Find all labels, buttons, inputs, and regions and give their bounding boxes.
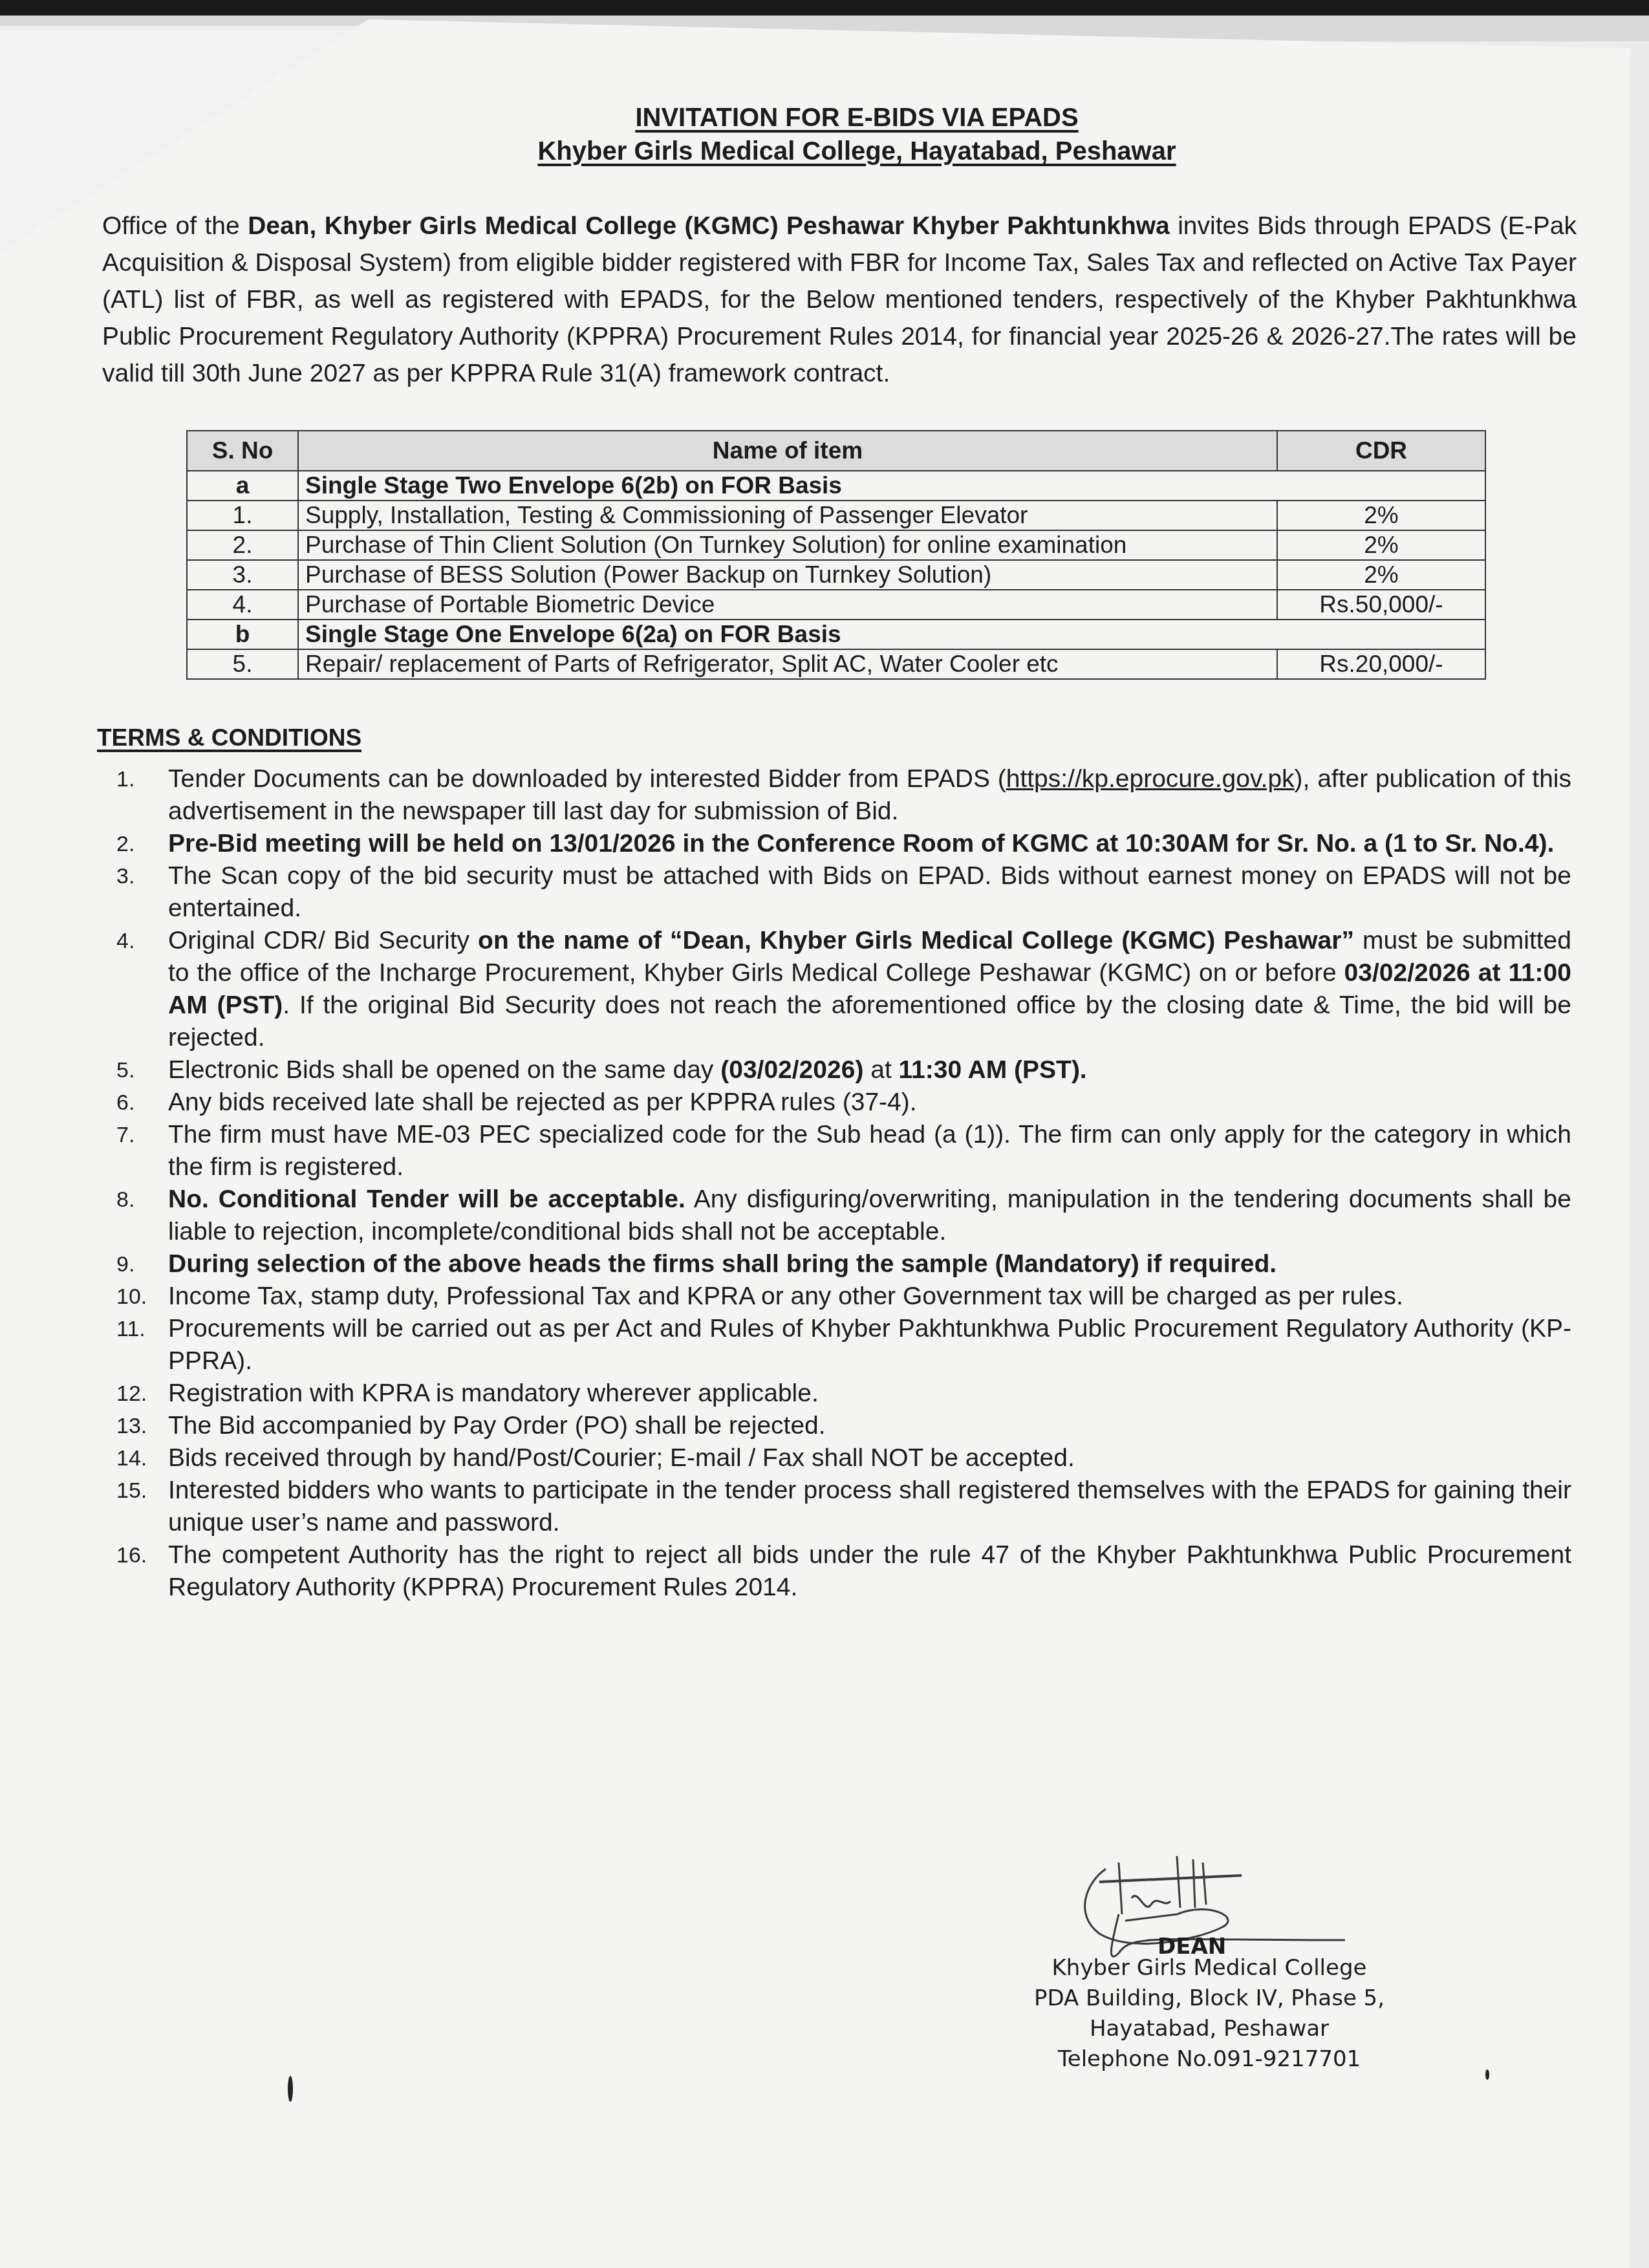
term-bold-text: (03/02/2026) xyxy=(720,1056,863,1084)
term-number: 9. xyxy=(116,1248,162,1280)
cell-name: Purchase of Portable Biometric Device xyxy=(298,590,1277,620)
term-item: 13.The Bid accompanied by Pay Order (PO)… xyxy=(116,1410,1571,1442)
cell-cdr: 2% xyxy=(1277,501,1485,530)
cell-sno: 5. xyxy=(187,649,298,679)
cell-name: Purchase of BESS Solution (Power Backup … xyxy=(298,560,1277,590)
term-bold-text: on the name of “Dean, Khyber Girls Medic… xyxy=(478,927,1354,955)
term-number: 4. xyxy=(116,925,162,957)
term-item: 11.Procurements will be carried out as p… xyxy=(116,1313,1571,1377)
term-number: 5. xyxy=(116,1054,162,1086)
term-item: 4.Original CDR/ Bid Security on the name… xyxy=(116,925,1571,1054)
header-cdr: CDR xyxy=(1277,431,1485,471)
table-row: 3.Purchase of BESS Solution (Power Backu… xyxy=(187,560,1485,590)
term-number: 8. xyxy=(116,1183,162,1216)
term-item: 1.Tender Documents can be downloaded by … xyxy=(116,763,1571,828)
cell-cdr xyxy=(1277,620,1485,649)
term-text: The Scan copy of the bid security must b… xyxy=(168,862,1571,922)
term-item: 6.Any bids received late shall be reject… xyxy=(116,1086,1571,1119)
epads-link[interactable]: https://kp.eprocure.gov.pk xyxy=(1006,765,1295,793)
term-item: 14.Bids received through by hand/Post/Co… xyxy=(116,1442,1571,1474)
terms-list: 1.Tender Documents can be downloaded by … xyxy=(116,763,1571,1604)
signatory-phone: Telephone No.091-9217701 xyxy=(1009,2044,1410,2075)
term-number: 14. xyxy=(116,1442,162,1474)
term-text: Electronic Bids shall be opened on the s… xyxy=(168,1056,720,1084)
term-bold-text: 11:30 AM (PST). xyxy=(899,1056,1087,1084)
terms-heading: TERMS & CONDITIONS xyxy=(97,724,361,751)
term-text: Registration with KPRA is mandatory wher… xyxy=(168,1379,819,1407)
term-item: 10.Income Tax, stamp duty, Professional … xyxy=(116,1280,1571,1313)
term-text: Interested bidders who wants to particip… xyxy=(168,1476,1571,1537)
term-text: . If the original Bid Security does not … xyxy=(168,991,1571,1052)
term-item: 8.No. Conditional Tender will be accepta… xyxy=(116,1183,1571,1248)
scan-speck xyxy=(288,2076,293,2102)
table-header-row: S. No Name of item CDR xyxy=(187,431,1485,471)
signature-icon xyxy=(1048,1843,1410,1960)
term-item: 16.The competent Authority has the right… xyxy=(116,1539,1571,1604)
term-number: 2. xyxy=(116,828,162,860)
term-item: 3.The Scan copy of the bid security must… xyxy=(116,860,1571,925)
cell-sno: a xyxy=(187,471,298,501)
term-number: 12. xyxy=(116,1377,162,1410)
term-text: The competent Authority has the right to… xyxy=(168,1541,1571,1601)
term-item: 7.The firm must have ME-03 PEC specializ… xyxy=(116,1119,1571,1183)
table-body: aSingle Stage Two Envelope 6(2b) on FOR … xyxy=(187,471,1485,679)
term-number: 15. xyxy=(116,1474,162,1507)
cell-sno: b xyxy=(187,620,298,649)
term-number: 6. xyxy=(116,1086,162,1119)
term-text: Income Tax, stamp duty, Professional Tax… xyxy=(168,1282,1403,1310)
signatory-address-line1: PDA Building, Block IV, Phase 5, xyxy=(1009,1983,1410,2014)
term-text: Original CDR/ Bid Security xyxy=(168,927,478,955)
cell-cdr: 2% xyxy=(1277,530,1485,560)
term-text: Bids received through by hand/Post/Couri… xyxy=(168,1444,1075,1472)
term-text: The firm must have ME-03 PEC specialized… xyxy=(168,1121,1571,1181)
term-bold-text: Pre-Bid meeting will be held on 13/01/20… xyxy=(168,830,1554,858)
term-bold-text: No. Conditional Tender will be acceptabl… xyxy=(168,1185,685,1213)
term-number: 3. xyxy=(116,860,162,892)
table-row: 4.Purchase of Portable Biometric DeviceR… xyxy=(187,590,1485,620)
intro-bold-issuer: Dean, Khyber Girls Medical College (KGMC… xyxy=(248,212,1170,240)
intro-text-1: Office of the xyxy=(102,212,248,240)
cell-sno: 2. xyxy=(187,530,298,560)
term-bold-text: During selection of the above heads the … xyxy=(168,1250,1277,1278)
term-text: Tender Documents can be downloaded by in… xyxy=(168,765,1006,793)
scan-speck xyxy=(1485,2069,1489,2080)
term-item: 12.Registration with KPRA is mandatory w… xyxy=(116,1377,1571,1410)
term-item: 9.During selection of the above heads th… xyxy=(116,1248,1571,1280)
signatory-org: Khyber Girls Medical College xyxy=(1009,1953,1410,1983)
term-number: 13. xyxy=(116,1410,162,1442)
cell-sno: 1. xyxy=(187,501,298,530)
document-title: INVITATION FOR E-BIDS VIA EPADS xyxy=(32,103,1649,133)
table-row: 2.Purchase of Thin Client Solution (On T… xyxy=(187,530,1485,560)
intro-paragraph: Office of the Dean, Khyber Girls Medical… xyxy=(102,208,1577,392)
cell-name: Single Stage Two Envelope 6(2b) on FOR B… xyxy=(298,471,1277,501)
term-number: 16. xyxy=(116,1539,162,1571)
term-number: 10. xyxy=(116,1280,162,1313)
cell-cdr: Rs.20,000/- xyxy=(1277,649,1485,679)
term-item: 15.Interested bidders who wants to parti… xyxy=(116,1474,1571,1539)
signatory-address-line2: Hayatabad, Peshawar xyxy=(1009,2014,1410,2044)
tender-items-table: S. No Name of item CDR aSingle Stage Two… xyxy=(186,430,1486,680)
term-text: at xyxy=(863,1056,898,1084)
term-text: Procurements will be carried out as per … xyxy=(168,1315,1571,1375)
cell-sno: 3. xyxy=(187,560,298,590)
term-text: The Bid accompanied by Pay Order (PO) sh… xyxy=(168,1412,826,1440)
cell-name: Supply, Installation, Testing & Commissi… xyxy=(298,501,1277,530)
table-group-row: bSingle Stage One Envelope 6(2a) on FOR … xyxy=(187,620,1485,649)
cell-name: Repair/ replacement of Parts of Refriger… xyxy=(298,649,1277,679)
header-name: Name of item xyxy=(298,431,1277,471)
signatory-address: Khyber Girls Medical College PDA Buildin… xyxy=(1009,1953,1410,2075)
cell-sno: 4. xyxy=(187,590,298,620)
cell-cdr: Rs.50,000/- xyxy=(1277,590,1485,620)
cell-cdr: 2% xyxy=(1277,560,1485,590)
header-sno: S. No xyxy=(187,431,298,471)
term-number: 11. xyxy=(116,1313,162,1345)
document-subtitle: Khyber Girls Medical College, Hayatabad,… xyxy=(32,137,1649,166)
term-text: Any bids received late shall be rejected… xyxy=(168,1088,917,1116)
table-row: 1.Supply, Installation, Testing & Commis… xyxy=(187,501,1485,530)
term-number: 1. xyxy=(116,763,162,795)
cell-cdr xyxy=(1277,471,1485,501)
table-row: 5.Repair/ replacement of Parts of Refrig… xyxy=(187,649,1485,679)
term-item: 5.Electronic Bids shall be opened on the… xyxy=(116,1054,1571,1086)
scanner-edge xyxy=(0,0,1649,16)
cell-name: Purchase of Thin Client Solution (On Tur… xyxy=(298,530,1277,560)
term-item: 2.Pre-Bid meeting will be held on 13/01/… xyxy=(116,828,1571,860)
table-group-row: aSingle Stage Two Envelope 6(2b) on FOR … xyxy=(187,471,1485,501)
cell-name: Single Stage One Envelope 6(2a) on FOR B… xyxy=(298,620,1277,649)
term-number: 7. xyxy=(116,1119,162,1151)
